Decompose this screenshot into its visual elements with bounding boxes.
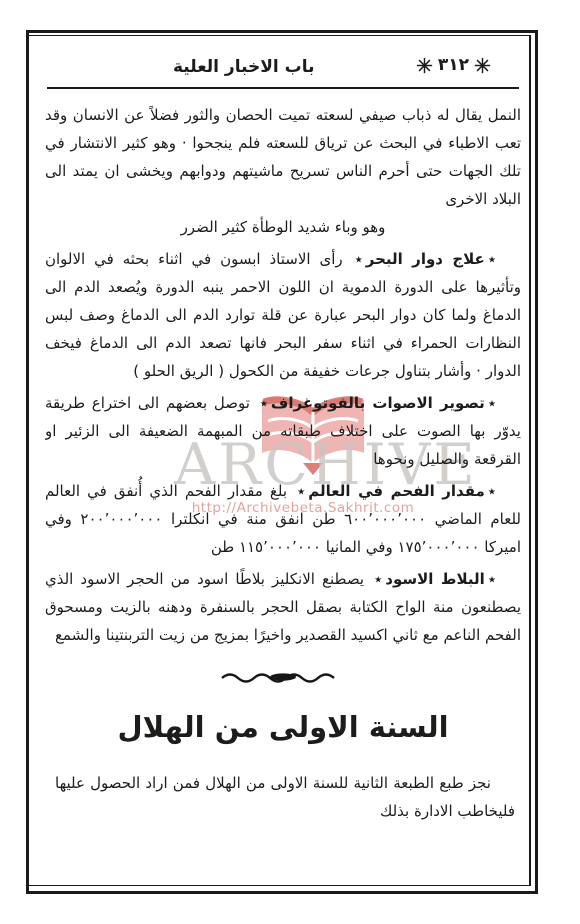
- section-divider: [45, 671, 521, 683]
- page-content: باب الاخبار العلية ٣١٢ النمل يق: [45, 41, 521, 879]
- article-coal-quantity: ٭مقدار الفحم في العالم٭ بلغ مقدار الفحم …: [45, 477, 521, 561]
- star-ornament-icon: ٭: [257, 394, 271, 412]
- star-ornament-icon: ٭: [371, 570, 385, 588]
- folio-number-group: ٣١٢: [416, 51, 491, 79]
- star-ornament-icon: ٭: [485, 394, 499, 412]
- page-number: ٣١٢: [438, 51, 469, 79]
- header-rule: [47, 87, 519, 89]
- article-title: البلاط الاسود: [385, 570, 485, 588]
- article-title: تصوير الاصوات بالفوتوغراف: [271, 394, 485, 412]
- star-ornament-icon: ٭: [485, 570, 499, 588]
- scanned-book-page: { "theme": { "ink": "#1c1c1a", "frame": …: [0, 0, 580, 924]
- star-ornament-icon: ٭: [485, 250, 499, 268]
- article-phonograph: ٭تصوير الاصوات بالفوتوغراف٭ توصل بعضهم ا…: [45, 389, 521, 473]
- asterisk-ornament-icon: [474, 57, 491, 74]
- article-text: النمل يقال له ذباب صيفي لسعته تميت الحصا…: [45, 106, 521, 208]
- star-ornament-icon: ٭: [294, 482, 308, 500]
- article-tsetse-continuation: النمل يقال له ذباب صيفي لسعته تميت الحصا…: [45, 101, 521, 213]
- star-ornament-icon: ٭: [485, 482, 499, 500]
- article-text: رأى الاستاذ ابسون في اثناء بحثه في الالو…: [45, 250, 521, 380]
- article-black-slate: ٭البلاط الاسود٭ يصطنع الانكليز بلاطًا اس…: [45, 565, 521, 649]
- star-ornament-icon: ٭: [352, 250, 366, 268]
- chapter-title: باب الاخبار العلية: [173, 53, 315, 81]
- hilal-second-printing-note: نجز طبع الطبعة الثانية للسنة الاولى من ا…: [55, 769, 515, 825]
- article-seasickness: ٭علاج دوار البحر٭ رأى الاستاذ ابسون في ا…: [45, 245, 521, 385]
- article-title: علاج دوار البحر: [366, 250, 485, 268]
- article-title: مقدار الفحم في العالم: [308, 482, 485, 500]
- page-frame: ARCHIVE http://Archivebeta.Sakhrit.com ب…: [26, 30, 538, 894]
- page-header: باب الاخبار العلية ٣١٢: [45, 41, 521, 87]
- hilal-first-year-heading: السنة الاولى من الهلال: [45, 707, 521, 747]
- asterisk-ornament-icon: [416, 57, 433, 74]
- article-tail-line: وهو وباء شديد الوطأة كثير الضرر: [45, 213, 521, 241]
- wavy-rule-icon: [220, 671, 346, 683]
